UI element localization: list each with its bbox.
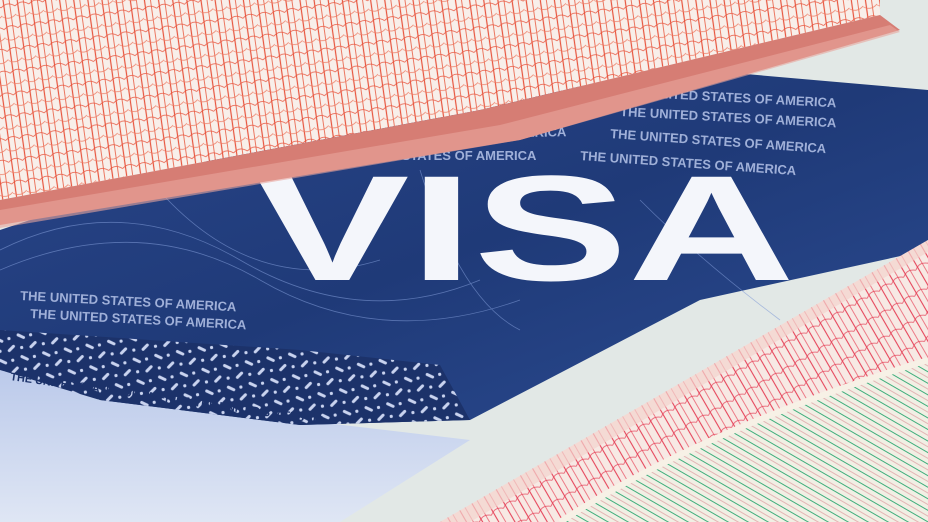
visa-photo: THE UNITED STATES OF AMERICA THE UNITED … <box>0 0 928 522</box>
